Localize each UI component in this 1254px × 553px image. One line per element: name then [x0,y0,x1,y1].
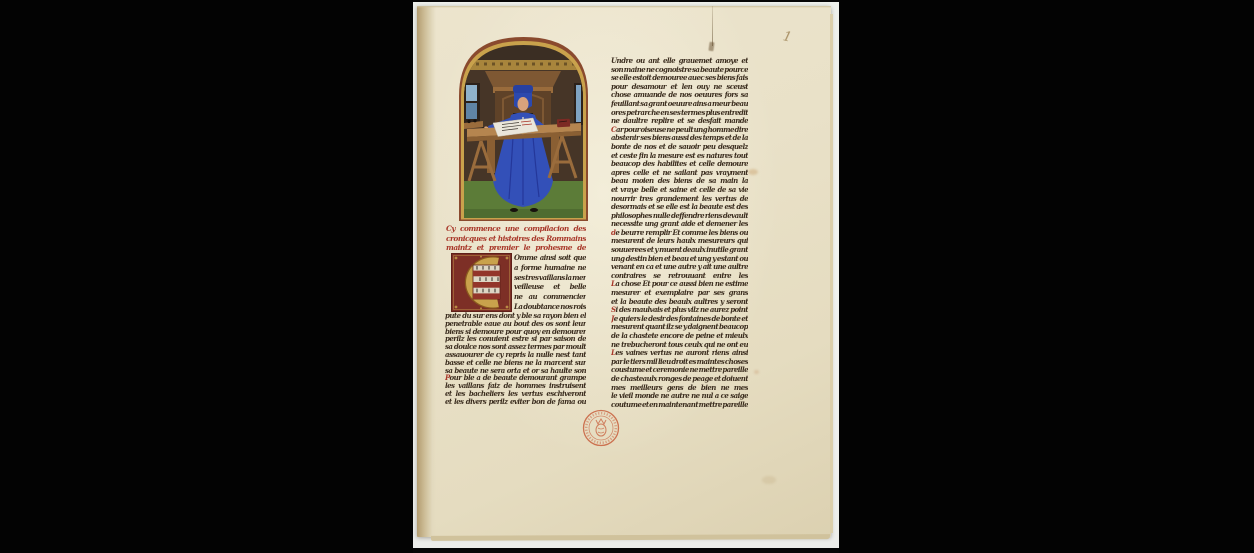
manuscript-text-line: chose amuande de nos oeuures fors sa fer… [611,91,748,100]
scribe-miniature-icon [457,31,590,223]
manuscript-text-line: Car pour oiseuse ne peult ung homme dire [611,126,748,135]
manuscript-text-line: et les bacheliers les vertus eschiveront [445,390,586,398]
manuscript-text-line: pute du sur ens dont y ble sa rayon bien… [445,312,586,320]
underleaf-edge [431,534,830,541]
manuscript-text-line: se elle estoit demouree auec ses biens f… [611,74,748,83]
folio-number: 1 [781,29,793,46]
left-black-bar [0,0,413,553]
heraldic-shield-icon [473,265,500,299]
manuscript-text-line: La chose Et pour ce aussi bien ne estime [611,280,748,289]
manuscript-text-line: sa doulce nos sont assez termes par moul… [445,343,586,351]
left-column-text: pute du sur ens dont y ble sa rayon bien… [445,312,586,406]
margin-smudge [748,169,758,175]
manuscript-text-line: perilz les conuient estre si par saison … [445,335,586,343]
manuscript-text-line: beaucop des habilites et celle demoure v… [611,160,748,169]
manuscript-text-line: et les divers perilz eviter bon de fama … [445,398,586,406]
manuscript-page: Cy commence une compilacion descronicque… [417,6,831,537]
left-column-text-beside-initial: Omme ainsi soit quea forme humaine neses… [514,253,586,312]
manuscript-text-line: contraires se retrouuant entre les mesur… [611,272,748,281]
manuscript-text-line: de chasteaulx ronges de peage et doiuent [611,375,748,384]
manuscript-text-line: et ceste fin la mesure est es natures to… [611,152,748,161]
manuscript-text-line: coustume et ceremonie ne mettre pareille [611,366,748,375]
pen-trial-blob [708,42,714,52]
rubric-line: maintz et premier le prohesme de lacteur [446,243,586,253]
manuscript-text-line: souuerees et y muent deaulx inutile gran… [611,246,748,255]
manuscript-text-line: son maine ne cognoistre sa beaute pource… [611,66,748,75]
manuscript-text-line: nourrir tres grandement les vertus de bi… [611,195,748,204]
rubric: Cy commence une compilacion descronicque… [446,224,586,253]
manuscript-text-line: apres celle et ne sailant pas vrayment c… [611,169,748,178]
miniature-author-portrait [457,31,590,223]
manuscript-text-line: assauourer de cy repris la nulle nest ta… [445,351,586,359]
right-column-text: Undre ou ant elle grauemet amoye et lent… [611,57,748,409]
manuscript-text-line: le vieil monde ne autre ne nul a ce saig… [611,392,748,401]
manuscript-text-line: de beurre remplir Et comme les biens ou … [611,229,748,238]
manuscript-text-line: et la beaute des beaulx aultres y seront [611,298,748,307]
right-black-bar [839,0,1254,553]
pen-trial-mark [712,6,713,46]
manuscript-text-line: veilleuse et belle mond [514,282,586,292]
manuscript-photo: Cy commence une compilacion descronicque… [413,2,839,548]
page-top-edge [417,6,831,8]
manuscript-text-line: a forme humaine ne [514,263,586,273]
initial-letter-icon [451,253,512,312]
rubric-line: cronicques et histoires des Rommains pri… [446,234,586,244]
parchment-stain [762,476,776,484]
manuscript-text-line: de la chastete encore de peine et mieulx [611,332,748,341]
manuscript-text-line: ses tres vaillans la mer [514,273,586,283]
manuscript-text-line: ne au commencier des [514,292,586,302]
manuscript-text-line: basse et celle ne biens ne la marcent su… [445,359,586,367]
manuscript-text-line: et vraye belle et saine et celle de sa v… [611,186,748,195]
margin-smudge [754,370,759,374]
page-right-edge [830,14,833,533]
rubric-line: Cy commence une compilacion des [446,224,586,234]
manuscript-text-line: mesurer et exemplaire par ses grans espr… [611,289,748,298]
manuscript-text-line: sa beaute ne sera orta et or sa haulte s… [445,367,586,375]
illuminated-initial-C [451,253,512,312]
binding-gutter-edge [417,6,436,537]
manuscript-text-line: necessite ung grant aide et demener les … [611,220,748,229]
screenshot-canvas: Cy commence une compilacion descronicque… [0,0,1254,553]
manuscript-text-line: feuillant sa grant oeuure ains a meur be… [611,100,748,109]
library-stamp-icon [580,407,622,449]
manuscript-text-line: ne trebucheront tous ceulx qui ne ont eu [611,341,748,350]
manuscript-text-line: par le tiers mil lieu droit es maintes c… [611,358,748,367]
manuscript-text-line: ores petrarche en ses termes plus entred… [611,109,748,118]
manuscript-text-line: Les vaines vertus ne auront riens ainsi [611,349,748,358]
manuscript-text-line: Undre ou ant elle grauemet amoye et lent… [611,57,748,66]
manuscript-text-line: mes meilleurs gens de bien ne mes doubte… [611,384,748,393]
manuscript-text-line: Pour ble a de beaute demourant grampe ce… [445,374,586,382]
manuscript-text-line: Omme ainsi soit que [514,253,586,263]
manuscript-text-line: les vaillans faiz de hommes instruisent [445,382,586,390]
manuscript-text-line: pour desamour et len ouy ne sceust mauld… [611,83,748,92]
manuscript-text-line: biens si demoure pour quoy en demourer d… [445,328,586,336]
manuscript-text-line: penetrable eaue au bout des os sont leur [445,320,586,328]
manuscript-text-line: Je quiers le desir des fontaines de bont… [611,315,748,324]
manuscript-text-line: beau moien des biens de sa main la beaul… [611,177,748,186]
manuscript-text-line: mesurent quant ilz se y daignent beaucop [611,323,748,332]
manuscript-text-line: abstenir ses biens aussi des temps et de… [611,134,748,143]
manuscript-text-line: ne daultre replire et se desfait mande c… [611,117,748,126]
manuscript-text-line: coutume et en maintenant mettre pareille [611,401,748,410]
manuscript-text-line: ung destin bien et beau et ung y estant … [611,255,748,264]
manuscript-text-line: desormais et se elle est la beaute est d… [611,203,748,212]
manuscript-text-line: La doubtance nos rois [514,302,586,312]
manuscript-text-line: venant en ca et une autre y ait une ault… [611,263,748,272]
manuscript-text-line: bonte de nos et de sauoir peu desquelz a… [611,143,748,152]
manuscript-text-line: Si des maulvais et plus vilz ne aurez po… [611,306,748,315]
manuscript-text-line: philosophes nulle deffendre riens devaul… [611,212,748,221]
manuscript-text-line: mesurent de leurs haulx mesureurs qui so… [611,237,748,246]
